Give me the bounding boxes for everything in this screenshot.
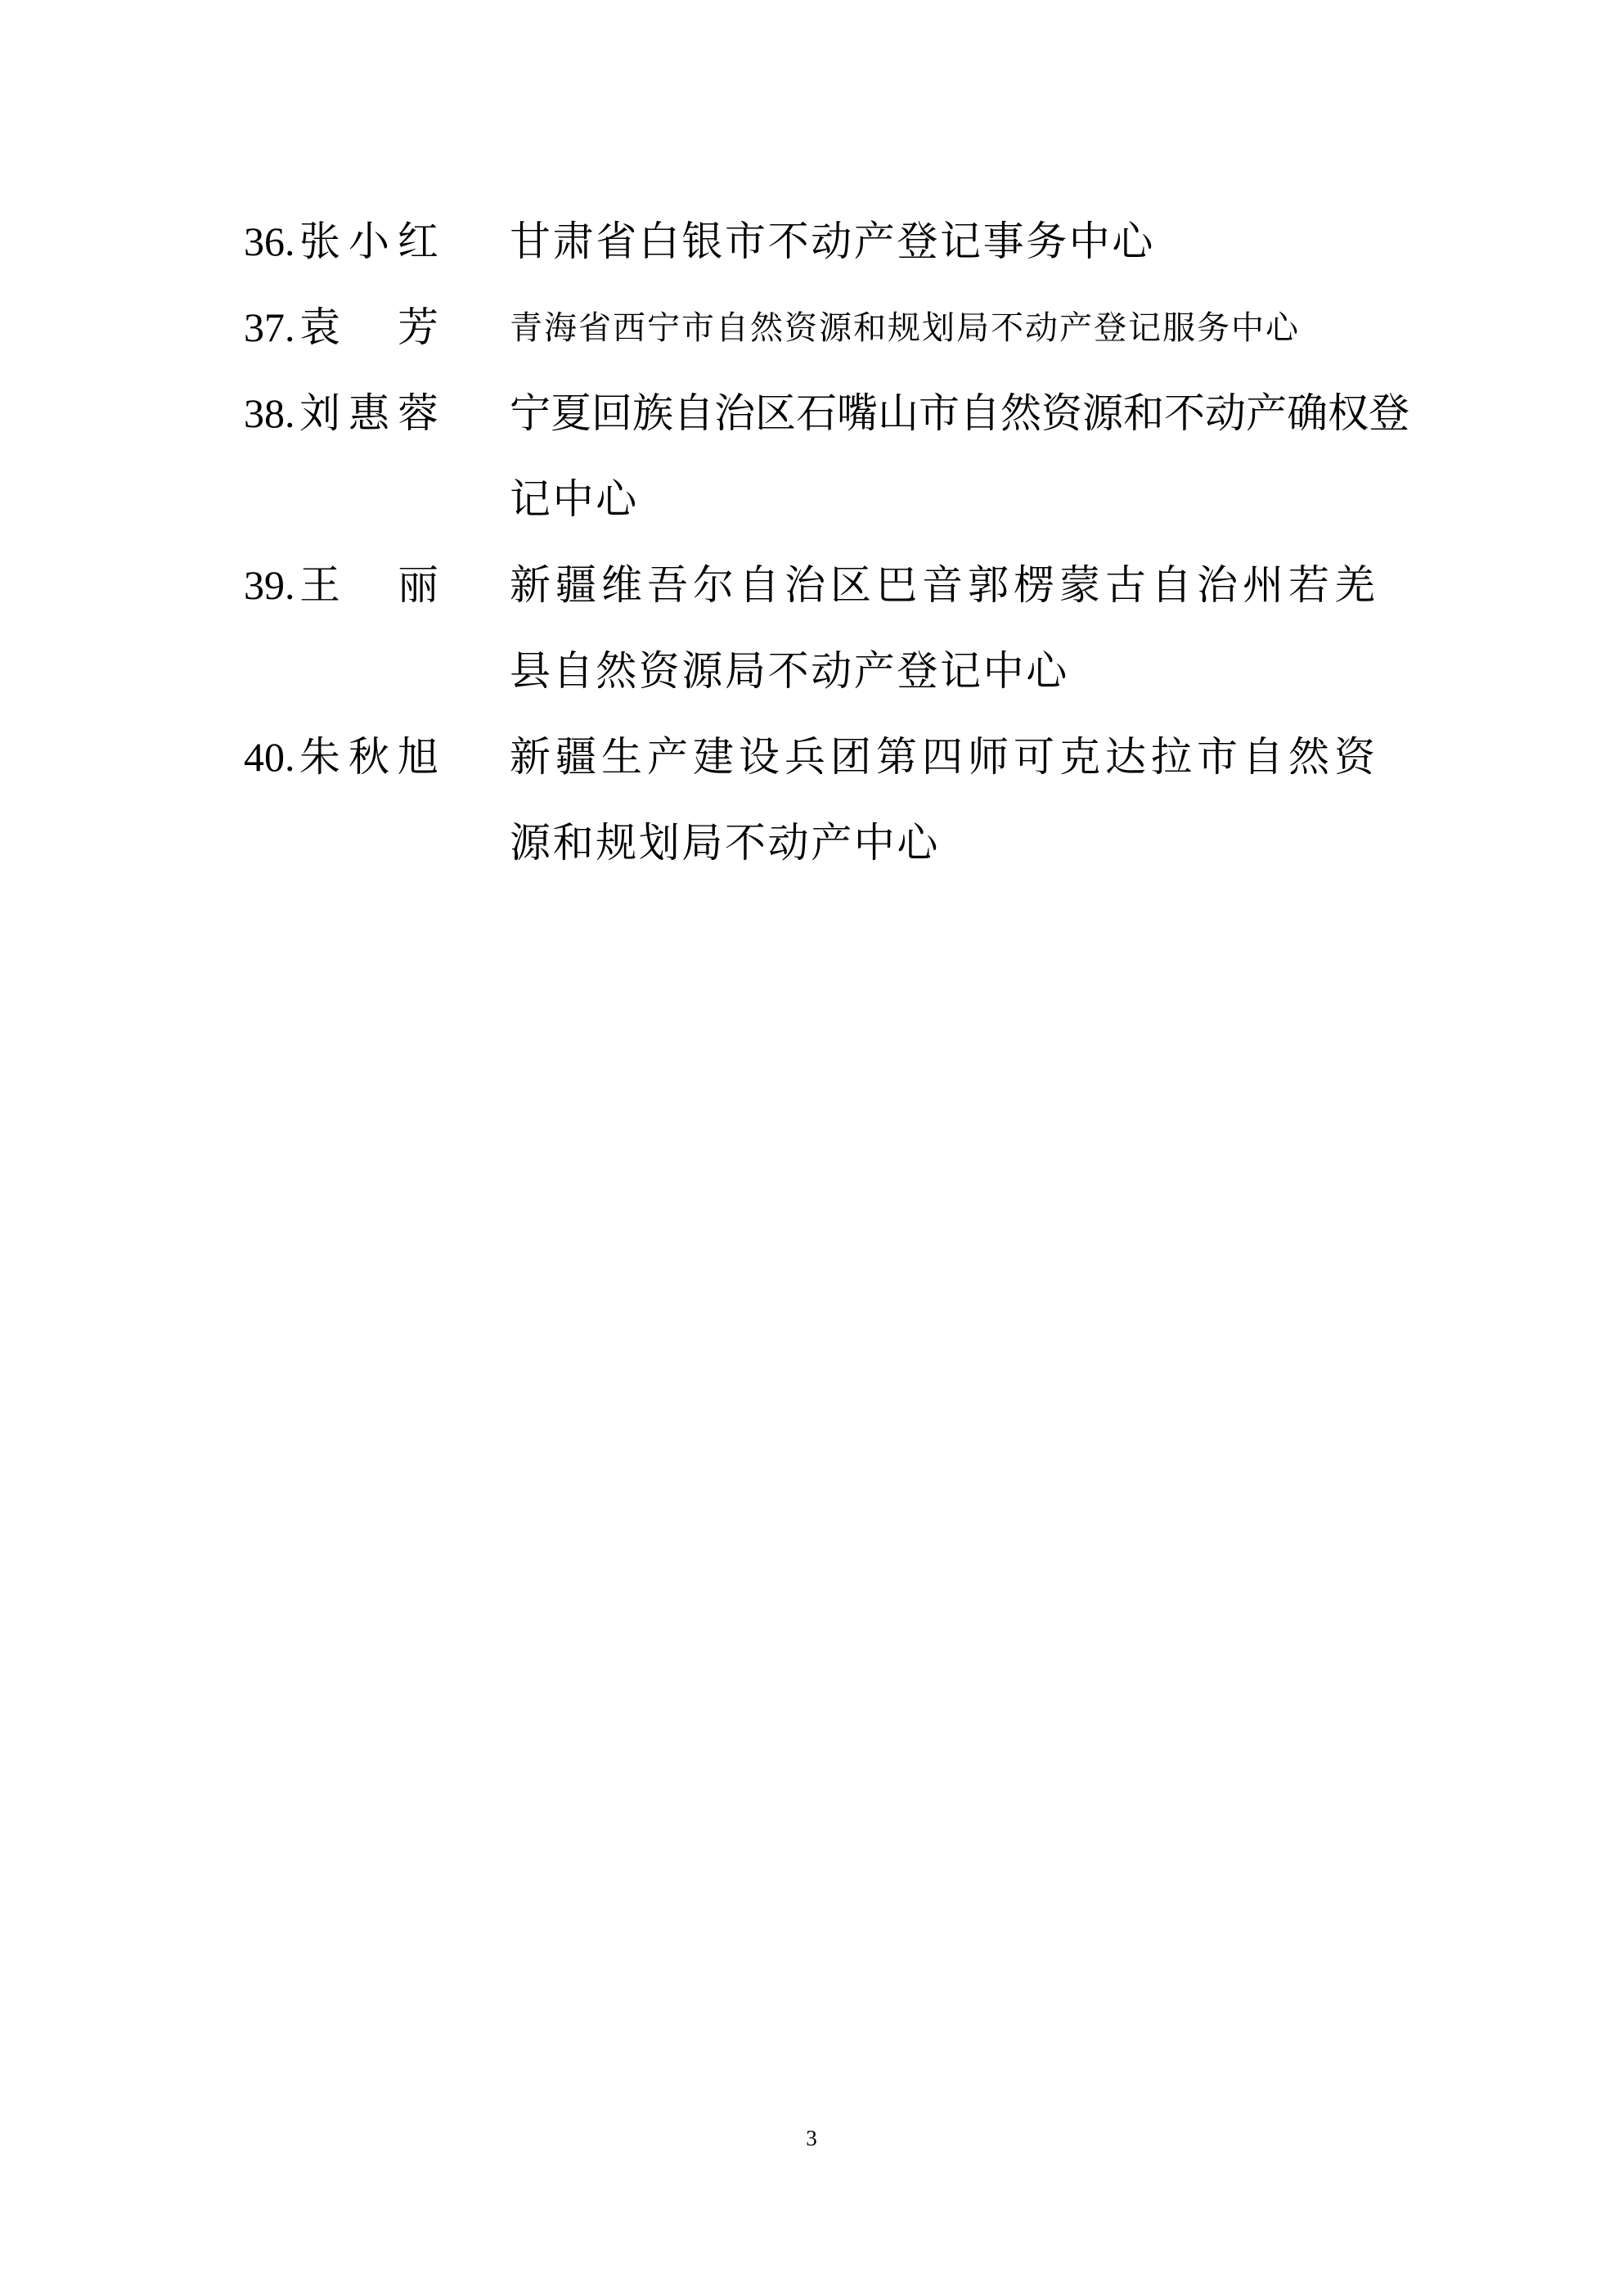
item-number: 37.: [244, 285, 299, 371]
organization-line: 新疆维吾尔自治区巴音郭楞蒙古自治州若羌: [510, 542, 1375, 628]
item-number: 40.: [244, 714, 299, 800]
organization: 新疆生产建设兵团第四师可克达拉市自然资 源和规划局不动产中心: [510, 714, 1375, 886]
list-item: 40. 朱秋旭 新疆生产建设兵团第四师可克达拉市自然资 源和规划局不动产中心: [244, 714, 1405, 886]
organization: 新疆维吾尔自治区巴音郭楞蒙古自治州若羌 县自然资源局不动产登记中心: [510, 542, 1375, 714]
organization-line: 记中心: [510, 457, 1375, 542]
organization-line: 新疆生产建设兵团第四师可克达拉市自然资: [510, 714, 1375, 800]
item-number: 38.: [244, 371, 299, 457]
organization-line: 源和规划局不动产中心: [510, 800, 1375, 886]
organization-line: 宁夏回族自治区石嘴山市自然资源和不动产确权登: [510, 371, 1375, 457]
organization-line: 青海省西宁市自然资源和规划局不动产登记服务中心: [510, 285, 1375, 371]
page-number: 3: [0, 2124, 1623, 2152]
organization-line: 甘肃省白银市不动产登记事务中心: [510, 199, 1375, 285]
award-roster-list: 36. 张小红 甘肃省白银市不动产登记事务中心 37. 袁 芳 青海省西宁市自然…: [244, 199, 1405, 886]
document-page: 36. 张小红 甘肃省白银市不动产登记事务中心 37. 袁 芳 青海省西宁市自然…: [0, 0, 1623, 2296]
person-name: 朱秋旭: [299, 714, 438, 800]
list-item: 38. 刘惠蓉 宁夏回族自治区石嘴山市自然资源和不动产确权登 记中心: [244, 371, 1405, 542]
person-name: 张小红: [299, 199, 438, 285]
list-item: 36. 张小红 甘肃省白银市不动产登记事务中心: [244, 199, 1405, 285]
item-number: 39.: [244, 542, 299, 628]
person-name: 刘惠蓉: [299, 371, 438, 457]
list-item: 39. 王 丽 新疆维吾尔自治区巴音郭楞蒙古自治州若羌 县自然资源局不动产登记中…: [244, 542, 1405, 714]
organization: 宁夏回族自治区石嘴山市自然资源和不动产确权登 记中心: [510, 371, 1375, 542]
organization-line: 县自然资源局不动产登记中心: [510, 628, 1375, 714]
organization: 甘肃省白银市不动产登记事务中心: [510, 199, 1375, 285]
organization: 青海省西宁市自然资源和规划局不动产登记服务中心: [510, 285, 1375, 371]
list-item: 37. 袁 芳 青海省西宁市自然资源和规划局不动产登记服务中心: [244, 285, 1405, 371]
person-name: 王 丽: [299, 542, 438, 628]
person-name: 袁 芳: [299, 285, 438, 371]
item-number: 36.: [244, 199, 299, 285]
